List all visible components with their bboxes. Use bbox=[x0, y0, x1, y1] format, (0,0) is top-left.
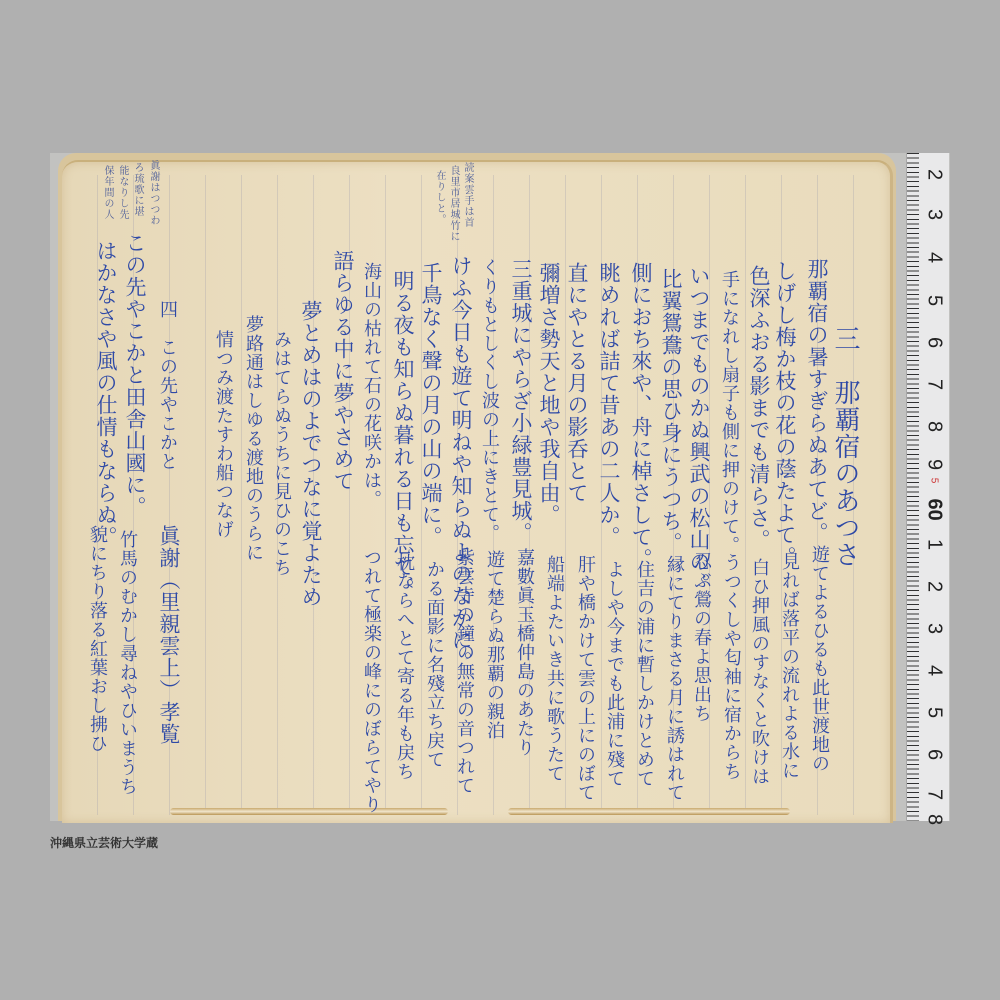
verse-line: 住吉の浦に暫しかけとめて bbox=[635, 560, 653, 788]
verse-line: しげし梅か枝の花の蔭たよて。 bbox=[774, 260, 795, 568]
verse-line: 船端よたいき共に歌うたて bbox=[545, 555, 563, 783]
ruler-label: 3 bbox=[923, 618, 946, 640]
verse-line: はかなさや風の仕情もならぬ。 bbox=[95, 240, 116, 548]
verse-line: 枕ならへとて寄る年も戻ち bbox=[395, 553, 413, 781]
verse-line: 夢路通はしゆる渡地のうらに bbox=[244, 315, 262, 562]
verse-line: 夢とめはのよでつなに覚よため bbox=[300, 300, 321, 608]
verse-line: 遊てよるひるも此世渡地の bbox=[810, 545, 828, 773]
verse-line: 明る夜も知らぬ暮れる日も忘て。 bbox=[392, 270, 413, 600]
ruler-label: 8 bbox=[923, 416, 946, 438]
verse-line: 貌にちり落る紅葉おし拂ひ bbox=[88, 525, 106, 753]
ruler-label: 6 bbox=[923, 332, 946, 354]
verse-line: くりもとしくし波の上にきとて。 bbox=[480, 258, 498, 543]
verse-line: かる面影に名殘立ち戻て bbox=[425, 560, 443, 769]
ruler-label: 7 bbox=[923, 784, 946, 806]
ruler-label: 6 bbox=[923, 744, 946, 766]
verse-line: 三重城にやらざ小緑豊見城。 bbox=[510, 258, 531, 544]
ruler-label: 4 bbox=[923, 660, 946, 682]
verse-line: 情つみ渡たすわ船つなげ bbox=[214, 330, 232, 539]
verse-line: 海山の枯れて石の花咲かは。 bbox=[362, 262, 380, 509]
collection-credit: 沖縄県立芸術大学蔵 bbox=[50, 834, 158, 851]
margin-note: 眞謝はつつわ bbox=[148, 160, 158, 226]
verse-line: 手になれし扇子も側に押のけて。 bbox=[720, 270, 738, 555]
verse-line: つれて極楽の峰にのぼらてやり bbox=[362, 548, 380, 814]
verse-line: 嘉數眞玉橋仲島のあたり bbox=[515, 548, 533, 757]
verse-line: 直にやとる月の影呑とて bbox=[566, 262, 587, 504]
ruler-label-mid: 5 bbox=[929, 470, 940, 492]
verse-line: 見れば落平の流れよる水に bbox=[780, 552, 798, 780]
ruler-label: 8 bbox=[923, 809, 946, 831]
verse-line: 眺めれば詰て昔あの二人か。 bbox=[598, 262, 619, 548]
verse-line: 語らゆる中に夢やさめて bbox=[332, 250, 353, 492]
verse-line: うつくしや匂袖に宿からち bbox=[722, 553, 740, 781]
author-name: 眞謝（里親雲上）孝覧 bbox=[158, 525, 179, 745]
verse-line: 縁にてりまさる月に誘はれて bbox=[665, 555, 683, 802]
ruler-label: 7 bbox=[923, 374, 946, 396]
verse-line: 白ひ押風のすなくと吹けは bbox=[750, 558, 768, 786]
margin-note: 在りしと。 bbox=[434, 170, 444, 225]
section-3-title: 三 那覇宿のあつさ bbox=[832, 325, 858, 568]
ruler-label: 5 bbox=[923, 290, 946, 312]
verse-line: 彌増さ勢天と地や我自由。 bbox=[538, 262, 559, 526]
verse-line: よしや今までも此浦に殘て bbox=[605, 560, 623, 788]
section-4-title: 四 この先やこかと bbox=[158, 300, 176, 471]
verse-line: みはてらぬうちに見ひのこち bbox=[272, 330, 290, 577]
measuring-ruler: 2 3 4 5 6 7 8 9 5 60 1 2 3 4 5 6 7 8 bbox=[906, 153, 949, 821]
margin-note: 能なりし先 bbox=[117, 165, 127, 220]
binding-stitch-right bbox=[508, 808, 790, 815]
verse-line: いつまでものかぬ興武の松山の。 bbox=[688, 265, 709, 595]
ruler-label: 4 bbox=[923, 247, 946, 269]
verse-line: 紫雲寺の鐘の無常の音つれて bbox=[455, 548, 473, 795]
ruler-label: 2 bbox=[923, 164, 946, 186]
ruler-label: 60 bbox=[923, 499, 946, 521]
binding-stitch-left bbox=[170, 808, 448, 815]
margin-note: 保年間の人 bbox=[102, 165, 112, 220]
verse-line: 忍ぶ鶯の春よ思出ち bbox=[692, 552, 710, 723]
verse-line: 肝や橋かけて雲の上にのぼて bbox=[576, 555, 594, 802]
verse-line: 比翼鴛鴦の思ひ身にうつち。 bbox=[660, 268, 681, 554]
verse-line: 那覇宿の暑すぎらぬあてど。 bbox=[806, 258, 827, 544]
margin-note: ろ琉歌に堪 bbox=[132, 162, 142, 217]
ruler-label: 1 bbox=[923, 534, 946, 556]
verse-line: この先やこかと田舎山國に。 bbox=[124, 232, 145, 518]
ruler-ticks bbox=[907, 153, 919, 821]
ruler-label: 5 bbox=[923, 702, 946, 724]
verse-line: 側におち來や、舟に棹さして。 bbox=[630, 262, 651, 570]
ruler-label: 2 bbox=[923, 576, 946, 598]
verse-line: 遊て楚らぬ那覇の親泊 bbox=[485, 550, 503, 740]
verse-line: 千鳥なく聲の月の山の端に。 bbox=[420, 262, 441, 548]
verse-line: 色深ふおる影までも清らさ。 bbox=[748, 265, 769, 551]
margin-note: 読案雲手は首 bbox=[462, 162, 472, 228]
margin-note: 良里市居城竹に bbox=[448, 165, 458, 242]
verse-line: 竹馬のむかし尋ねやひいまうち bbox=[118, 530, 136, 796]
ruler-label: 3 bbox=[923, 204, 946, 226]
